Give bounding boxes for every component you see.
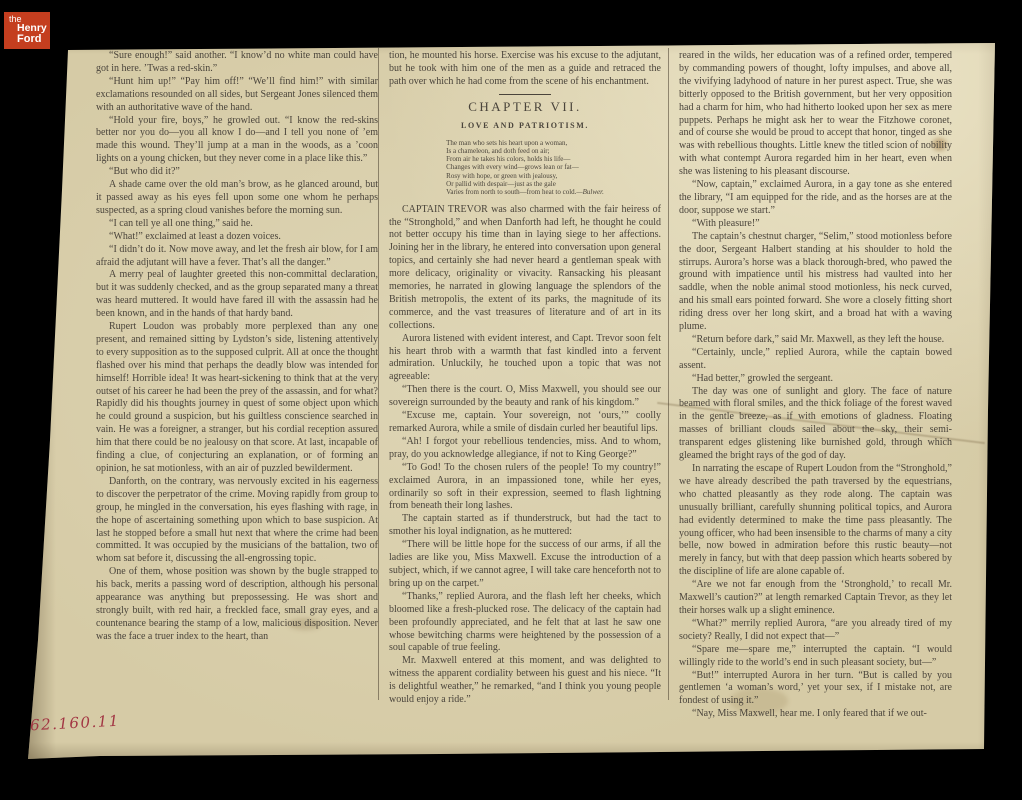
column-divider-left	[378, 48, 379, 700]
paragraph: “Had better,” growled the sergeant.	[679, 373, 952, 386]
paragraph: “With pleasure!”	[679, 218, 952, 231]
paragraph: “Then there is the court. O, Miss Maxwel…	[389, 384, 661, 410]
paragraph: “Nay, Miss Maxwell, hear me. I only fear…	[679, 708, 952, 721]
epigraph-line: Is a chameleon, and doth feed on air;	[446, 147, 604, 155]
paragraph: The captain’s chestnut charger, “Selim,”…	[679, 231, 952, 334]
paragraph: A merry peal of laughter greeted this no…	[96, 269, 378, 321]
paragraph: “What!” exclaimed at least a dozen voice…	[96, 231, 378, 244]
epigraph-line: Varies from north to south—from heat to …	[446, 188, 604, 196]
paragraph: “Certainly, uncle,” replied Aurora, whil…	[679, 347, 952, 373]
paragraph: Rupert Loudon was probably more perplexe…	[96, 321, 378, 476]
paragraph: “Are we not far enough from the ‘Strongh…	[679, 579, 952, 618]
scan-background: the Henry Ford “Sure enough!” said anoth…	[0, 0, 1022, 800]
text-column-1: “Sure enough!” said another. “I know’d n…	[96, 50, 378, 762]
epigraph-line: Or pallid with despair—just as the gale	[446, 180, 604, 188]
paragraph: “But who did it?”	[96, 166, 378, 179]
chapter-subtitle: LOVE AND PATRIOTISM.	[389, 120, 661, 133]
paragraph: One of them, whose position was shown by…	[96, 566, 378, 643]
column-divider-right	[668, 48, 669, 700]
paragraph: The day was one of sunlight and glory. T…	[679, 386, 952, 463]
paragraph: “There will be little hope for the succe…	[389, 539, 661, 591]
text-column-3: reared in the wilds, her education was o…	[679, 50, 952, 762]
paragraph: “I can tell ye all one thing,” said he.	[96, 218, 378, 231]
paragraph-continuation: reared in the wilds, her education was o…	[679, 50, 952, 179]
paragraph: In narrating the escape of Rupert Loudon…	[679, 463, 952, 579]
paragraph: “What?” merrily replied Aurora, “are you…	[679, 618, 952, 644]
henry-ford-logo: the Henry Ford	[4, 12, 50, 49]
paragraph: Aurora listened with evident interest, a…	[389, 333, 661, 385]
chapter-title: CHAPTER VII.	[389, 101, 661, 114]
epigraph-line: Changes with every wind—grows lean or fa…	[446, 163, 604, 171]
paragraph: “Now, captain,” exclaimed Aurora, in a g…	[679, 179, 952, 218]
paragraph: The captain started as if thunderstruck,…	[389, 513, 661, 539]
paragraph: Mr. Maxwell entered at this moment, and …	[389, 655, 661, 707]
chapter-rule	[499, 94, 551, 95]
paragraph: CAPTAIN TREVOR was also charmed with the…	[389, 204, 661, 333]
paragraph: “Ah! I forgot your rebellious tendencies…	[389, 436, 661, 462]
paragraph: “Spare me—spare me,” interrupted the cap…	[679, 644, 952, 670]
paragraph: “Hold your fire, boys,” he growled out. …	[96, 115, 378, 167]
paragraph: “But!” interrupted Aurora in her turn. “…	[679, 670, 952, 709]
paragraph: “Excuse me, captain. Your sovereign, not…	[389, 410, 661, 436]
paragraph: “To God! To the chosen rulers of the peo…	[389, 462, 661, 514]
epigraph-line-text: Varies from north to south—from heat to …	[446, 188, 576, 196]
paragraph-continuation: tion, he mounted his horse. Exercise was…	[389, 50, 661, 89]
paragraph: “I didn’t do it. Now move away, and let …	[96, 244, 378, 270]
epigraph-line: From air he takes his colors, holds his …	[446, 155, 604, 163]
scanned-page: “Sure enough!” said another. “I know’d n…	[20, 40, 1002, 762]
paragraph: A shade came over the old man’s brow, as…	[96, 179, 378, 218]
text-column-2: tion, he mounted his horse. Exercise was…	[389, 50, 661, 762]
epigraph-attribution: —Bulwer.	[576, 188, 603, 196]
epigraph-line: Rosy with hope, or green with jealousy,	[446, 172, 604, 180]
paragraph: “Return before dark,” said Mr. Maxwell, …	[679, 334, 952, 347]
epigraph-line: The man who sets his heart upon a woman,	[446, 139, 604, 147]
logo-ford: Ford	[17, 33, 41, 45]
chapter-epigraph: The man who sets his heart upon a woman,…	[446, 139, 604, 197]
paragraph: “Sure enough!” said another. “I know’d n…	[96, 50, 378, 76]
paragraph: “Thanks,” replied Aurora, and the flash …	[389, 591, 661, 656]
paragraph: “Hunt him up!” “Pay him off!” “We’ll fin…	[96, 76, 378, 115]
paragraph: Danforth, on the contrary, was nervously…	[96, 476, 378, 566]
